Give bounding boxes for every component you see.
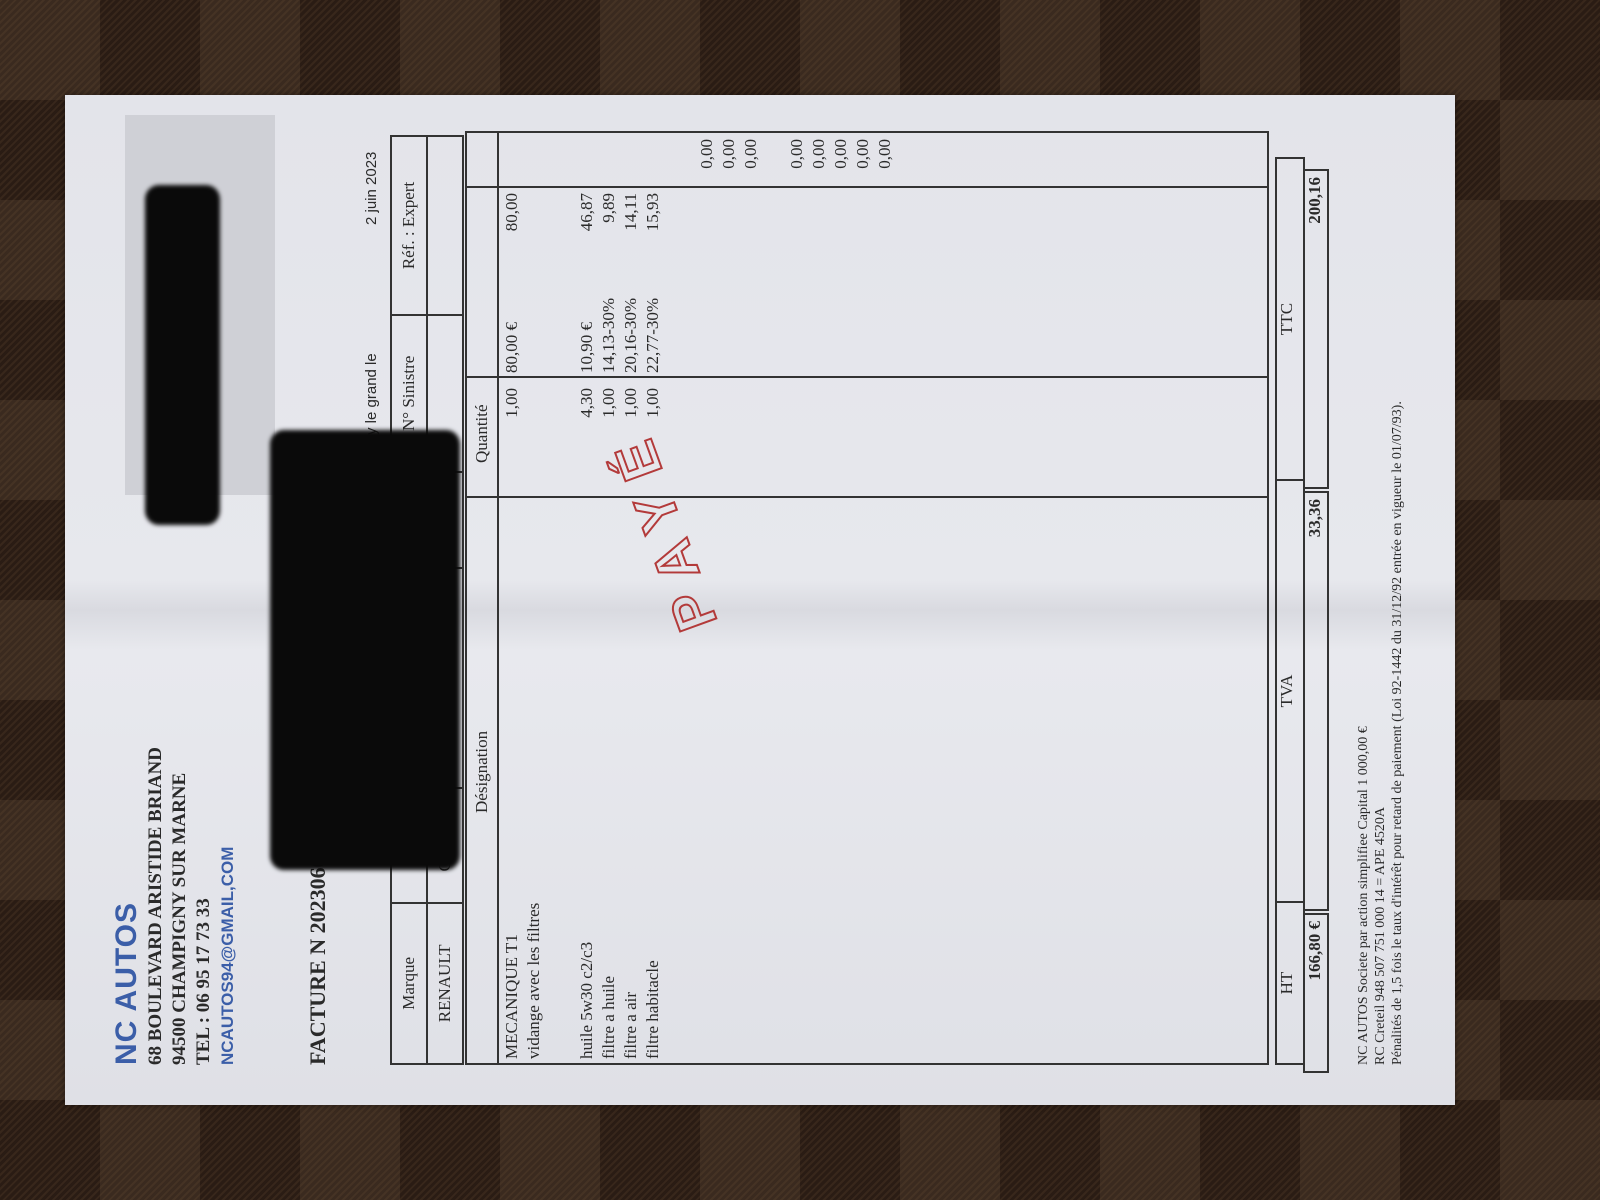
header-marque: Marque <box>391 903 427 1064</box>
lines-header: Désignation Quantité <box>467 133 499 1063</box>
redaction-recipient <box>145 185 220 525</box>
company-phone: TEL : 06 95 17 73 33 <box>192 747 216 1065</box>
zero-row: 0,00 <box>831 133 853 1063</box>
legal-footer: NC AUTOS Societe par action simplifiee C… <box>1355 401 1406 1065</box>
company-address-2: 94500 CHAMPIGNY SUR MARNE <box>168 747 192 1065</box>
zero-row: 0,00 <box>853 133 875 1063</box>
ttc-value: 200,16 <box>1303 169 1329 489</box>
tva-value: 33,36 <box>1303 491 1329 911</box>
zero-row: 0,00 <box>809 133 831 1063</box>
line-designation: MECANIQUE T1 <box>502 934 522 1059</box>
header-quantity: Quantité <box>472 404 492 463</box>
invoice-sheet: NC AUTOS 68 BOULEVARD ARISTIDE BRIAND 94… <box>65 95 1455 1105</box>
footer-line-2: RC Creteil 948 507 751 000 14 = APE 4520… <box>1372 401 1389 1065</box>
header-ref-expert: Réf. : Expert <box>391 136 427 315</box>
ttc-label: TTC <box>1275 157 1305 481</box>
line-designation: filtre habitacle <box>643 960 663 1059</box>
line-unit-price: 22,77-30% <box>643 253 663 373</box>
line-unit-price: 14,13-30% <box>599 253 619 373</box>
zero-row: 0,00 <box>787 133 809 1063</box>
line-total: 9,89 <box>599 193 619 263</box>
header-designation: Désignation <box>472 731 492 813</box>
zero-row: 0,00 <box>875 133 897 1063</box>
invoice-number: FACTURE N 20230600 <box>305 845 331 1065</box>
line-total: 80,00 <box>502 193 522 263</box>
line-item: filtre a air1,0020,16-30%14,11 <box>621 133 643 1063</box>
line-item: MECANIQUE T11,0080,00 €80,00 <box>502 133 524 1063</box>
zero-total: 0,00 <box>853 139 873 183</box>
footer-line-1: NC AUTOS Societe par action simplifiee C… <box>1355 401 1372 1065</box>
line-designation: huile 5w30 c2/c3 <box>577 942 597 1059</box>
line-designation: filtre a air <box>621 992 641 1059</box>
zero-total: 0,00 <box>875 139 895 183</box>
line-designation: vidange avec les filtres <box>524 903 544 1059</box>
zero-total: 0,00 <box>831 139 851 183</box>
zero-total: 0,00 <box>719 139 739 183</box>
line-quantity: 1,00 <box>502 388 522 498</box>
line-unit-price: 20,16-30% <box>621 253 641 373</box>
ht-value: 166,80 € <box>1303 913 1329 1073</box>
line-item: filtre a huile1,0014,13-30%9,89 <box>599 133 621 1063</box>
zero-total: 0,00 <box>741 139 761 183</box>
company-header: NC AUTOS 68 BOULEVARD ARISTIDE BRIAND 94… <box>110 747 238 1065</box>
value-ref-expert <box>427 136 463 315</box>
zero-total: 0,00 <box>697 139 717 183</box>
zero-total: 0,00 <box>809 139 829 183</box>
line-quantity: 4,30 <box>577 388 597 498</box>
value-marque: RENAULT <box>427 903 463 1064</box>
ht-label: HT <box>1275 901 1305 1065</box>
line-total: 15,93 <box>643 193 663 263</box>
line-total: 14,11 <box>621 193 641 263</box>
redaction-vehicle <box>270 430 460 870</box>
line-total: 46,87 <box>577 193 597 263</box>
invoice-date: 2 juin 2023 <box>363 152 380 225</box>
line-unit-price: 10,90 € <box>577 253 597 373</box>
company-name: NC AUTOS <box>110 747 144 1065</box>
line-designation: filtre a huile <box>599 976 619 1059</box>
zero-total: 0,00 <box>787 139 807 183</box>
line-item: huile 5w30 c2/c34,3010,90 €46,87 <box>577 133 599 1063</box>
tva-label: TVA <box>1275 479 1305 903</box>
zero-row: 0,00 <box>741 133 763 1063</box>
company-email: NCAUTOS94@GMAIL,COM <box>218 747 238 1065</box>
footer-line-3: Pénalités de 1,5 fois le taux d'intérêt … <box>1389 401 1406 1065</box>
line-unit-price: 80,00 € <box>502 253 522 373</box>
invoice-lines-table: Désignation Quantité MECANIQUE T11,0080,… <box>465 131 1269 1065</box>
company-address-1: 68 BOULEVARD ARISTIDE BRIAND <box>144 747 168 1065</box>
line-item: vidange avec les filtres <box>524 133 546 1063</box>
